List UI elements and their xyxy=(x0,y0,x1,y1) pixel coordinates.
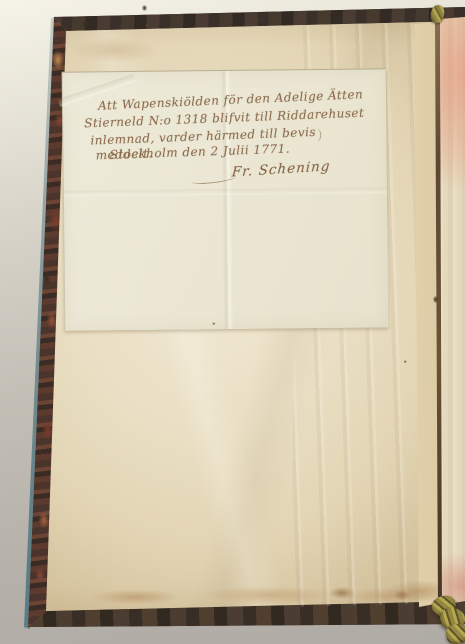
top-speck xyxy=(256,18,260,22)
pen-flourish xyxy=(311,128,322,142)
book-scan-photo: Att Wapenskiölden för den Adelige Ätten … xyxy=(0,0,465,644)
bottom-stain-band xyxy=(90,581,438,609)
edge-fleck xyxy=(43,274,50,285)
note-speck xyxy=(404,360,407,363)
hinge-speck xyxy=(433,296,438,303)
top-speck xyxy=(142,5,147,11)
signature: Fr. Schening xyxy=(231,160,331,180)
note-speck xyxy=(212,322,215,325)
corner-stain xyxy=(70,32,180,72)
pasted-handwritten-note: Att Wapenskiölden för den Adelige Ätten … xyxy=(62,68,389,330)
corner-speck xyxy=(82,21,89,28)
note-vertical-fold-crease xyxy=(221,71,234,329)
